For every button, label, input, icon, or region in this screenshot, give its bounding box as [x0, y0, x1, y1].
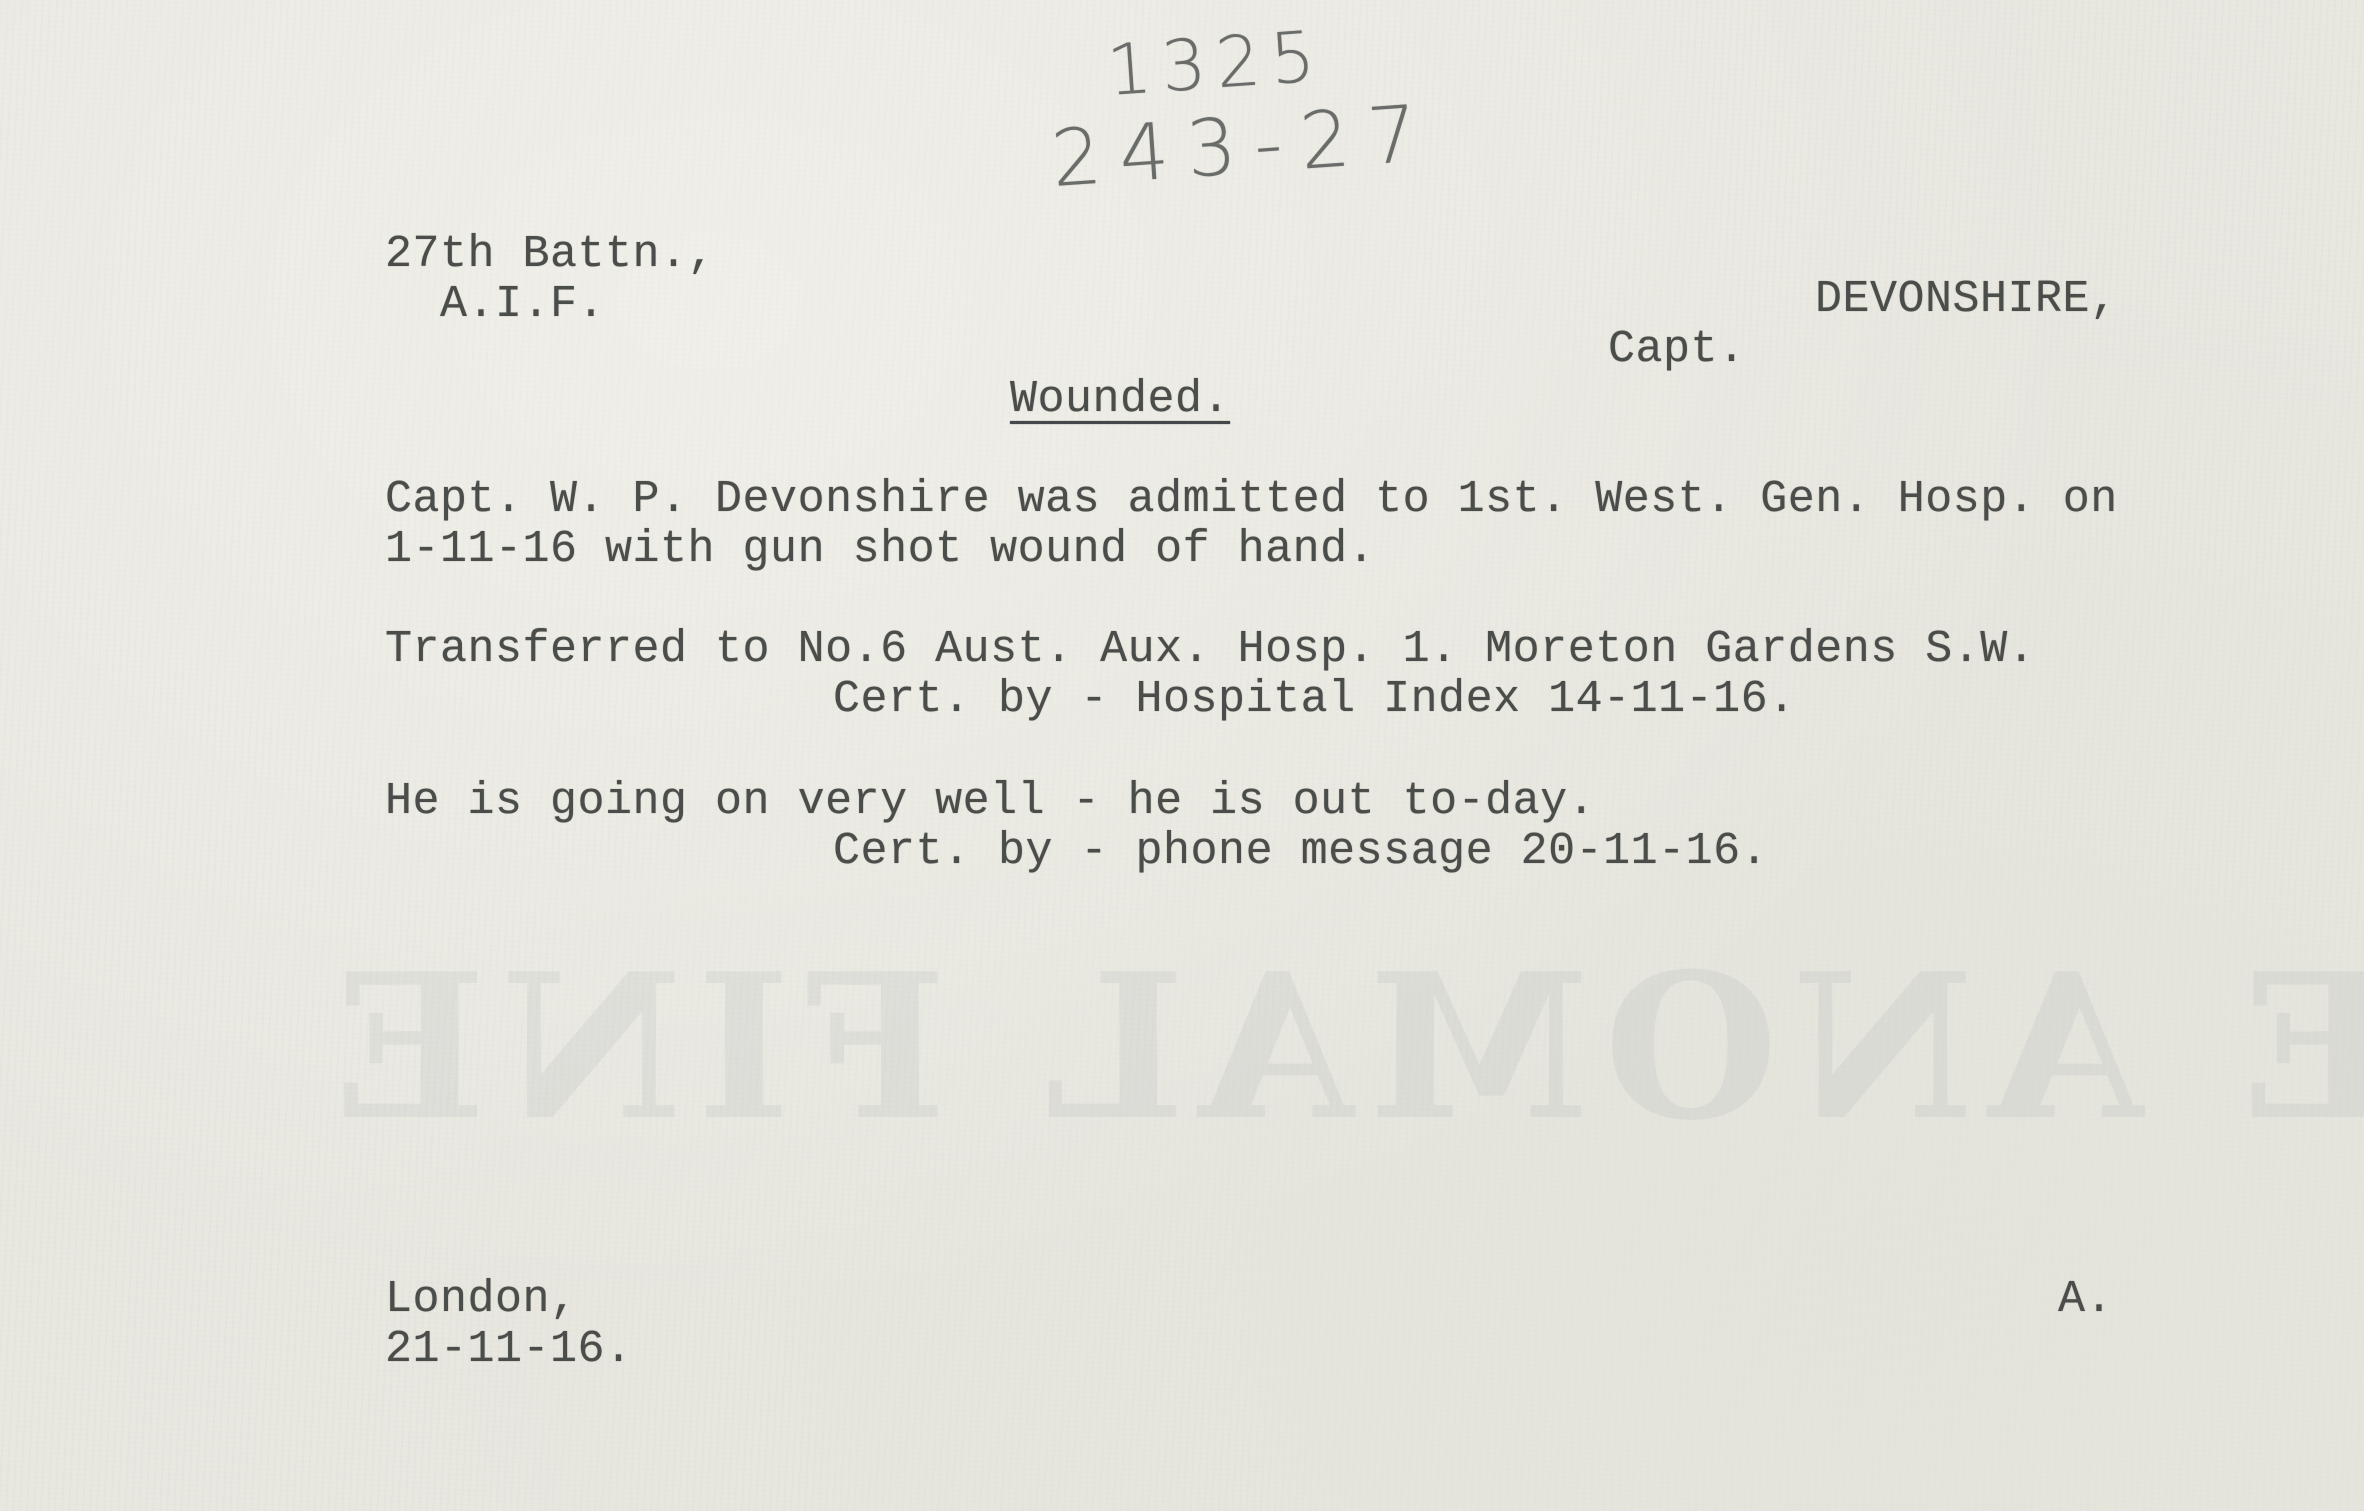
- footer-place: London,: [385, 1275, 578, 1325]
- bleed-through-stamp: NIKE ANOMAL FINE: [320, 930, 2364, 1165]
- soldier-surname: DEVONSHIRE,: [1815, 275, 2118, 325]
- soldier-rank: Capt.: [1608, 325, 1746, 375]
- unit-line1: 27th Battn.,: [385, 230, 715, 280]
- handwritten-ref-line2: 243-27: [1049, 88, 1439, 205]
- entry-1-line-2: 1-11-16 with gun shot wound of hand.: [385, 525, 1375, 575]
- document-card: NIKE ANOMAL FINE 1325 243-27 27th Battn.…: [0, 0, 2364, 1511]
- footer-initial: A.: [2058, 1275, 2113, 1325]
- footer-date: 21-11-16.: [385, 1325, 633, 1375]
- unit-line2: A.I.F.: [440, 280, 605, 330]
- entry-3-line-1: He is going on very well - he is out to-…: [385, 777, 1595, 827]
- entry-2-line-1: Transferred to No.6 Aust. Aux. Hosp. 1. …: [385, 625, 2035, 675]
- status-heading: Wounded.: [1010, 375, 1230, 425]
- entry-3-certification: Cert. by - phone message 20-11-16.: [833, 827, 1768, 877]
- entry-2-certification: Cert. by - Hospital Index 14-11-16.: [833, 675, 1796, 725]
- entry-1-line-1: Capt. W. P. Devonshire was admitted to 1…: [385, 475, 2118, 525]
